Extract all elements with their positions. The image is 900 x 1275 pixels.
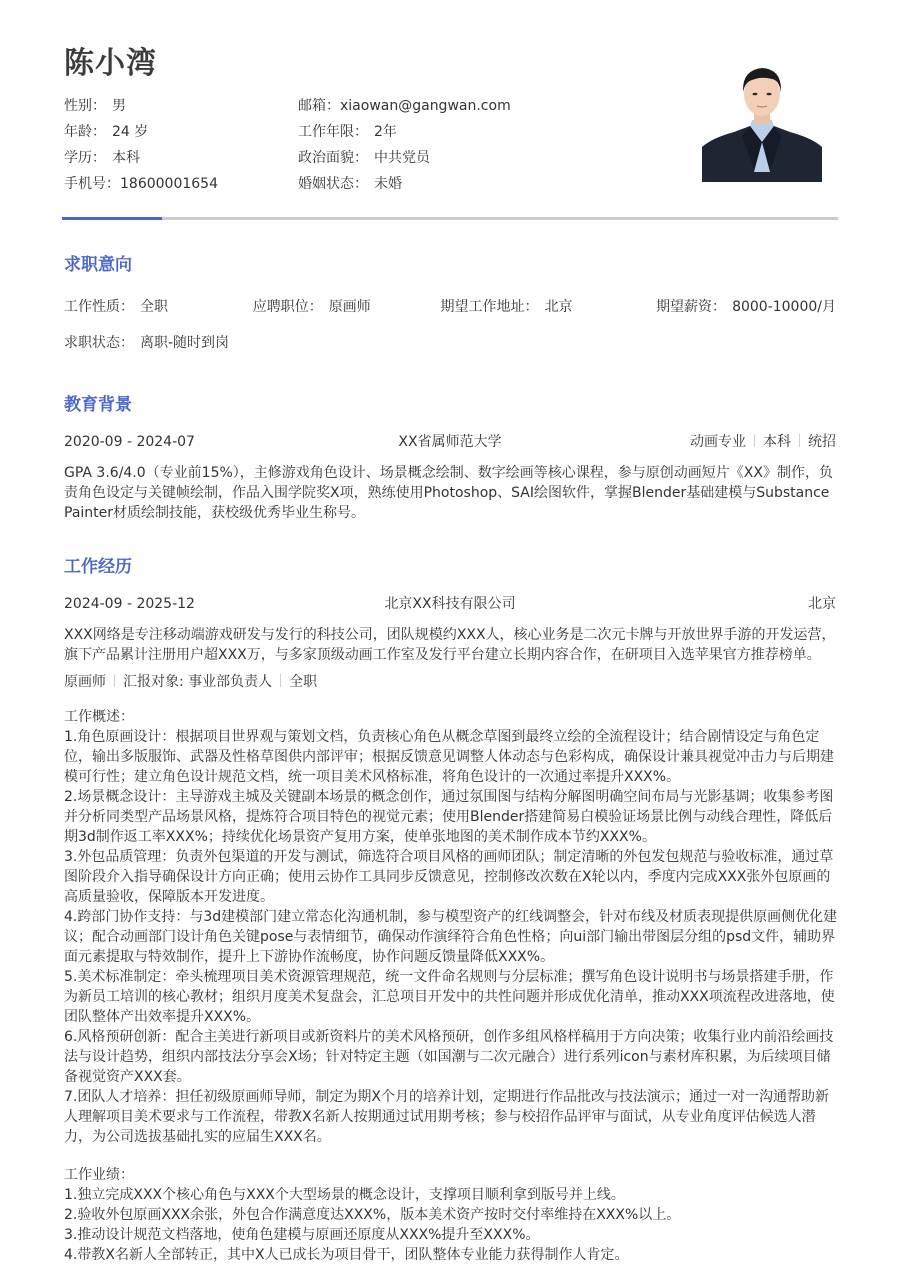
overview-item: 2.场景概念设计：主导游戏主城及关键副本场景的概念创作，通过氛围图与结构分解图明… xyxy=(64,787,838,847)
basic-info-row: 手机号：18600001654 婚姻状态：未婚 xyxy=(64,171,664,197)
job-type-label: 工作性质： xyxy=(64,299,134,315)
job-location-label: 期望工作地址： xyxy=(441,299,539,315)
marital-label: 婚姻状态： xyxy=(298,176,368,192)
job-type-value: 全职 xyxy=(140,299,168,315)
political-label: 政治面貌： xyxy=(298,150,368,166)
profile-photo xyxy=(702,52,822,182)
job-type: 工作性质：全职 xyxy=(64,297,253,317)
candidate-name: 陈小湾 xyxy=(64,38,157,82)
basic-info-row: 性别：男 邮箱：xiaowan@gangwan.com xyxy=(64,93,664,119)
job-position-value: 原画师 xyxy=(329,299,371,315)
achievements-title: 工作业绩： xyxy=(64,1165,838,1185)
gender-label: 性别： xyxy=(64,98,106,114)
header-divider-accent xyxy=(62,217,162,220)
job-salary: 期望薪资：8000-10000/月 xyxy=(656,297,836,317)
work-type: 全职 xyxy=(289,674,317,690)
gender-value: 男 xyxy=(112,98,126,114)
education-label: 学历： xyxy=(64,150,106,166)
achievement-item: 4.带教X名新人全部转正，其中X人已成长为项目骨干，团队整体专业能力获得制作人肯… xyxy=(64,1245,838,1265)
work-report-to: 汇报对象: 事业部负责人 xyxy=(123,674,272,690)
achievement-item: 1.独立完成XXX个核心角色与XXX个大型场景的概念设计，支撑项目顺利拿到版号并… xyxy=(64,1185,838,1205)
basic-info-row: 学历：本科 政治面貌：中共党员 xyxy=(64,145,664,171)
job-intent-row: 工作性质：全职 应聘职位：原画师 期望工作地址：北京 期望薪资：8000-100… xyxy=(64,297,836,317)
basic-info-row: 年龄：24 岁 工作年限：2年 xyxy=(64,119,664,145)
header-divider xyxy=(62,217,838,220)
education-description: GPA 3.6/4.0（专业前15%），主修游戏角色设计、场景概念绘制、数字绘画… xyxy=(64,463,838,523)
education-value: 本科 xyxy=(112,150,140,166)
education-degree: 本科 xyxy=(763,434,791,450)
achievement-item: 3.推动设计规范文档落地，使角色建模与原画还原度从XXX%提升至XXX%。 xyxy=(64,1225,838,1245)
separator xyxy=(280,674,281,687)
marital-value: 未婚 xyxy=(374,176,402,192)
basic-info: 性别：男 邮箱：xiaowan@gangwan.com 年龄：24 岁 工作年限… xyxy=(64,93,664,197)
resume-page: 陈小湾 性别：男 邮箱：xiaowan@gangwan.com 年龄：24 岁 … xyxy=(0,0,900,1275)
separator xyxy=(114,674,115,687)
overview-item: 5.美术标准制定：牵头梳理项目美术资源管理规范，统一文件命名规则与分层标准；撰写… xyxy=(64,967,838,1027)
achievement-item: 2.验收外包原画XXX余张，外包合作满意度达XXX%，版本美术资产按时交付率维持… xyxy=(64,1205,838,1225)
job-position-label: 应聘职位： xyxy=(253,299,323,315)
education-header: 2020-09 - 2024-07 XX省属师范大学 动画专业本科统招 xyxy=(64,431,836,453)
job-status-value: 离职-随时到岗 xyxy=(140,335,229,351)
age-value: 24 岁 xyxy=(112,124,148,140)
email-label: 邮箱： xyxy=(298,98,340,114)
section-title-job-intent: 求职意向 xyxy=(64,250,132,275)
job-status: 求职状态：离职-随时到岗 xyxy=(64,333,229,353)
overview-item: 1.角色原画设计：根据项目世界观与策划文档，负责核心角色从概念草图到最终立绘的全… xyxy=(64,727,838,787)
work-years-label: 工作年限： xyxy=(298,124,368,140)
overview-title: 工作概述： xyxy=(64,707,838,727)
overview-item: 6.风格预研创新：配合主美进行新项目或新资料片的美术风格预研，创作多组风格样稿用… xyxy=(64,1027,838,1087)
email-value: xiaowan@gangwan.com xyxy=(340,98,511,114)
section-title-work: 工作经历 xyxy=(64,552,132,577)
work-tags: 原画师汇报对象: 事业部负责人全职 xyxy=(64,672,317,692)
work-achievements: 工作业绩： 1.独立完成XXX个核心角色与XXX个大型场景的概念设计，支撑项目顺… xyxy=(64,1165,838,1265)
separator xyxy=(754,434,755,447)
education-major: 动画专业 xyxy=(690,434,746,450)
education-meta: 动画专业本科统招 xyxy=(690,431,836,453)
job-salary-value: 8000-10000/月 xyxy=(732,299,836,315)
work-location: 北京 xyxy=(808,593,836,615)
work-years-value: 2年 xyxy=(374,124,397,140)
job-position: 应聘职位：原画师 xyxy=(253,297,441,317)
overview-item: 3.外包品质管理：负责外包渠道的开发与测试，筛选符合项目风格的画师团队；制定清晰… xyxy=(64,847,838,907)
job-status-label: 求职状态： xyxy=(64,335,134,351)
phone-label: 手机号： xyxy=(64,176,120,192)
political-value: 中共党员 xyxy=(374,150,430,166)
work-overview: 工作概述： 1.角色原画设计：根据项目世界观与策划文档，负责核心角色从概念草图到… xyxy=(64,707,838,1147)
job-location-value: 北京 xyxy=(545,299,573,315)
job-salary-label: 期望薪资： xyxy=(656,299,726,315)
overview-item: 7.团队人才培养：担任初级原画师导师，制定为期X个月的培养计划，定期进行作品批改… xyxy=(64,1087,838,1147)
overview-item: 4.跨部门协作支持：与3d建模部门建立常态化沟通机制，参与模型资产的红线调整会，… xyxy=(64,907,838,967)
company-description: XXX网络是专注移动端游戏研发与发行的科技公司，团队规模约XXX人，核心业务是二… xyxy=(64,625,838,665)
phone-value: 18600001654 xyxy=(120,176,218,192)
education-type: 统招 xyxy=(808,434,836,450)
portrait-icon xyxy=(702,52,822,182)
separator xyxy=(799,434,800,447)
work-company: 北京XX科技有限公司 xyxy=(64,593,836,615)
section-title-education: 教育背景 xyxy=(64,390,132,415)
age-label: 年龄： xyxy=(64,124,106,140)
job-status-row: 求职状态：离职-随时到岗 xyxy=(64,333,836,353)
work-role: 原画师 xyxy=(64,674,106,690)
work-header: 2024-09 - 2025-12 北京XX科技有限公司 北京 xyxy=(64,593,836,615)
job-location: 期望工作地址：北京 xyxy=(441,297,657,317)
